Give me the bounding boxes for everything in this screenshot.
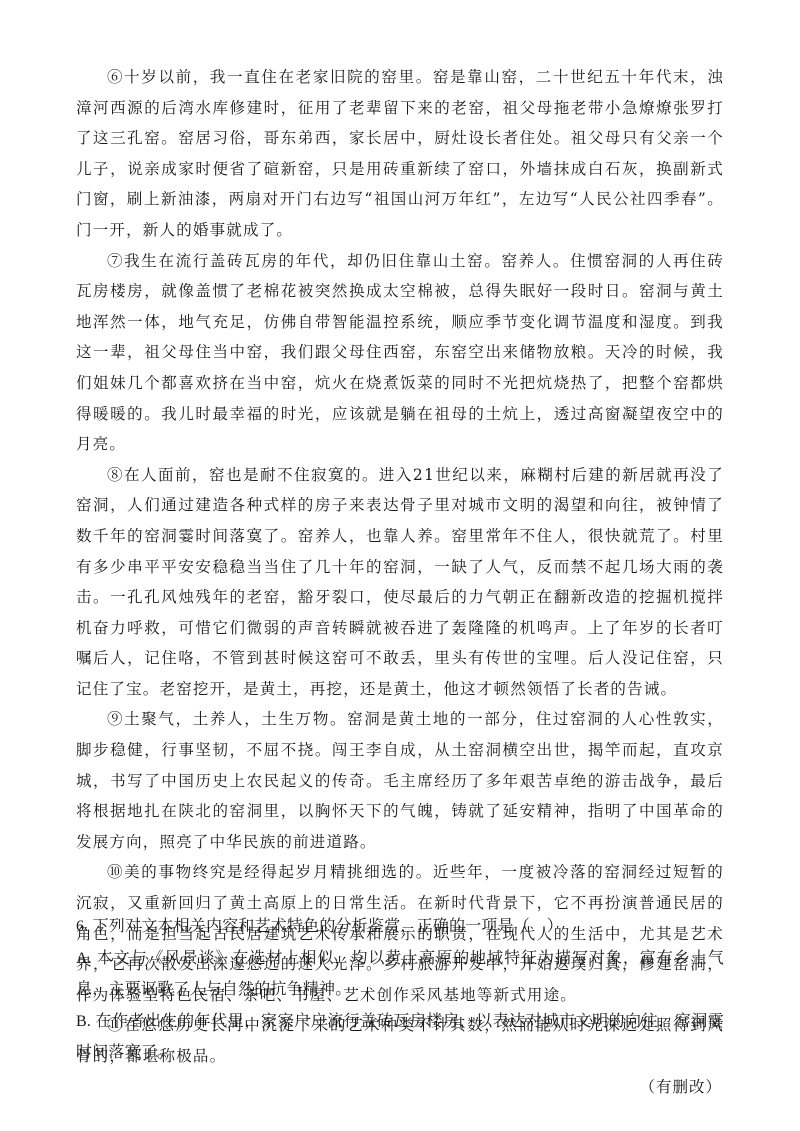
option-b-letter: B. (76, 1013, 91, 1030)
question-stem: 6. 下列对文本相关内容和艺术特色的分析鉴赏，正确的一项是（ ） (76, 911, 724, 943)
option-a: A.本文与《风景谈》在选材上相似，均以黄土高原的地域特征为描写对象，富有乡土气息… (76, 943, 724, 1006)
source-note: （有删改） (76, 1072, 724, 1103)
option-a-text: 本文与《风景谈》在选材上相似，均以黄土高原的地域特征为描写对象，富有乡土气息，主… (76, 950, 724, 999)
paragraph-9: ⑨土聚气，土养人，土生万物。窑洞是黄土地的一部分，住过窑洞的人心性敦实，脚步稳健… (76, 704, 724, 857)
option-a-letter: A. (76, 950, 92, 967)
paragraph-8: ⑧在人面前，窑也是耐不住寂寞的。进入21世纪以来，麻糊村后建的新居就再没了窑洞，… (76, 460, 724, 705)
option-b-text: 在作者出生的年代里，家家户户流行盖砖瓦房楼房，以表达对城市文明的向往，窑洞霎时间… (76, 1013, 724, 1062)
option-b: B.在作者出生的年代里，家家户户流行盖砖瓦房楼房，以表达对城市文明的向往，窑洞霎… (76, 1006, 724, 1069)
paragraph-6: ⑥十岁以前，我一直住在老家旧院的窑里。窑是靠山窑，二十世纪五十年代末，浊漳河西源… (76, 62, 724, 246)
paragraph-7: ⑦我生在流行盖砖瓦房的年代，却仍旧住靠山土窑。窑养人。住惯窑洞的人再住砖瓦房楼房… (76, 246, 724, 460)
question-6: 6. 下列对文本相关内容和艺术特色的分析鉴赏，正确的一项是（ ） A.本文与《风… (76, 911, 724, 1069)
